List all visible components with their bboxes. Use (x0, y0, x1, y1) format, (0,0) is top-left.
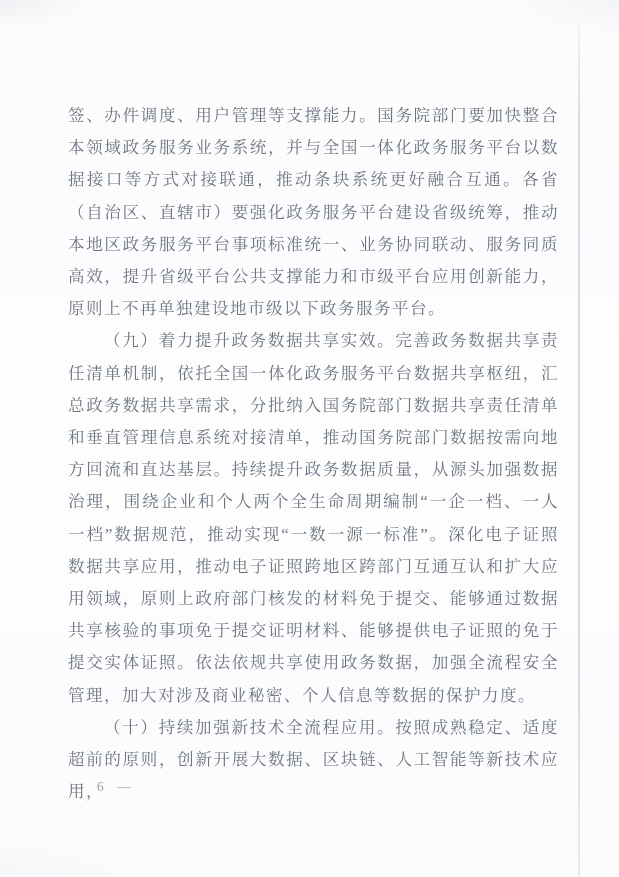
page-number: — 6 — (70, 779, 136, 795)
document-page: 签、办件调度、用户管理等支撑能力。国务院部门要加快整合本领域政务服务业务系统，并… (0, 0, 619, 877)
document-body: 签、办件调度、用户管理等支撑能力。国务院部门要加快整合本领域政务服务业务系统，并… (68, 100, 559, 808)
paragraph-continuation: 签、办件调度、用户管理等支撑能力。国务院部门要加快整合本领域政务服务业务系统，并… (68, 100, 559, 325)
paragraph-item-nine: （九）着力提升政务数据共享实效。完善政务数据共享责任清单机制，依托全国一体化政务… (68, 325, 559, 711)
scan-edge-artifact (578, 25, 580, 877)
paragraph-item-ten: （十）持续加强新技术全流程应用。按照成熟稳定、适度超前的原则，创新开展大数据、区… (68, 712, 559, 809)
